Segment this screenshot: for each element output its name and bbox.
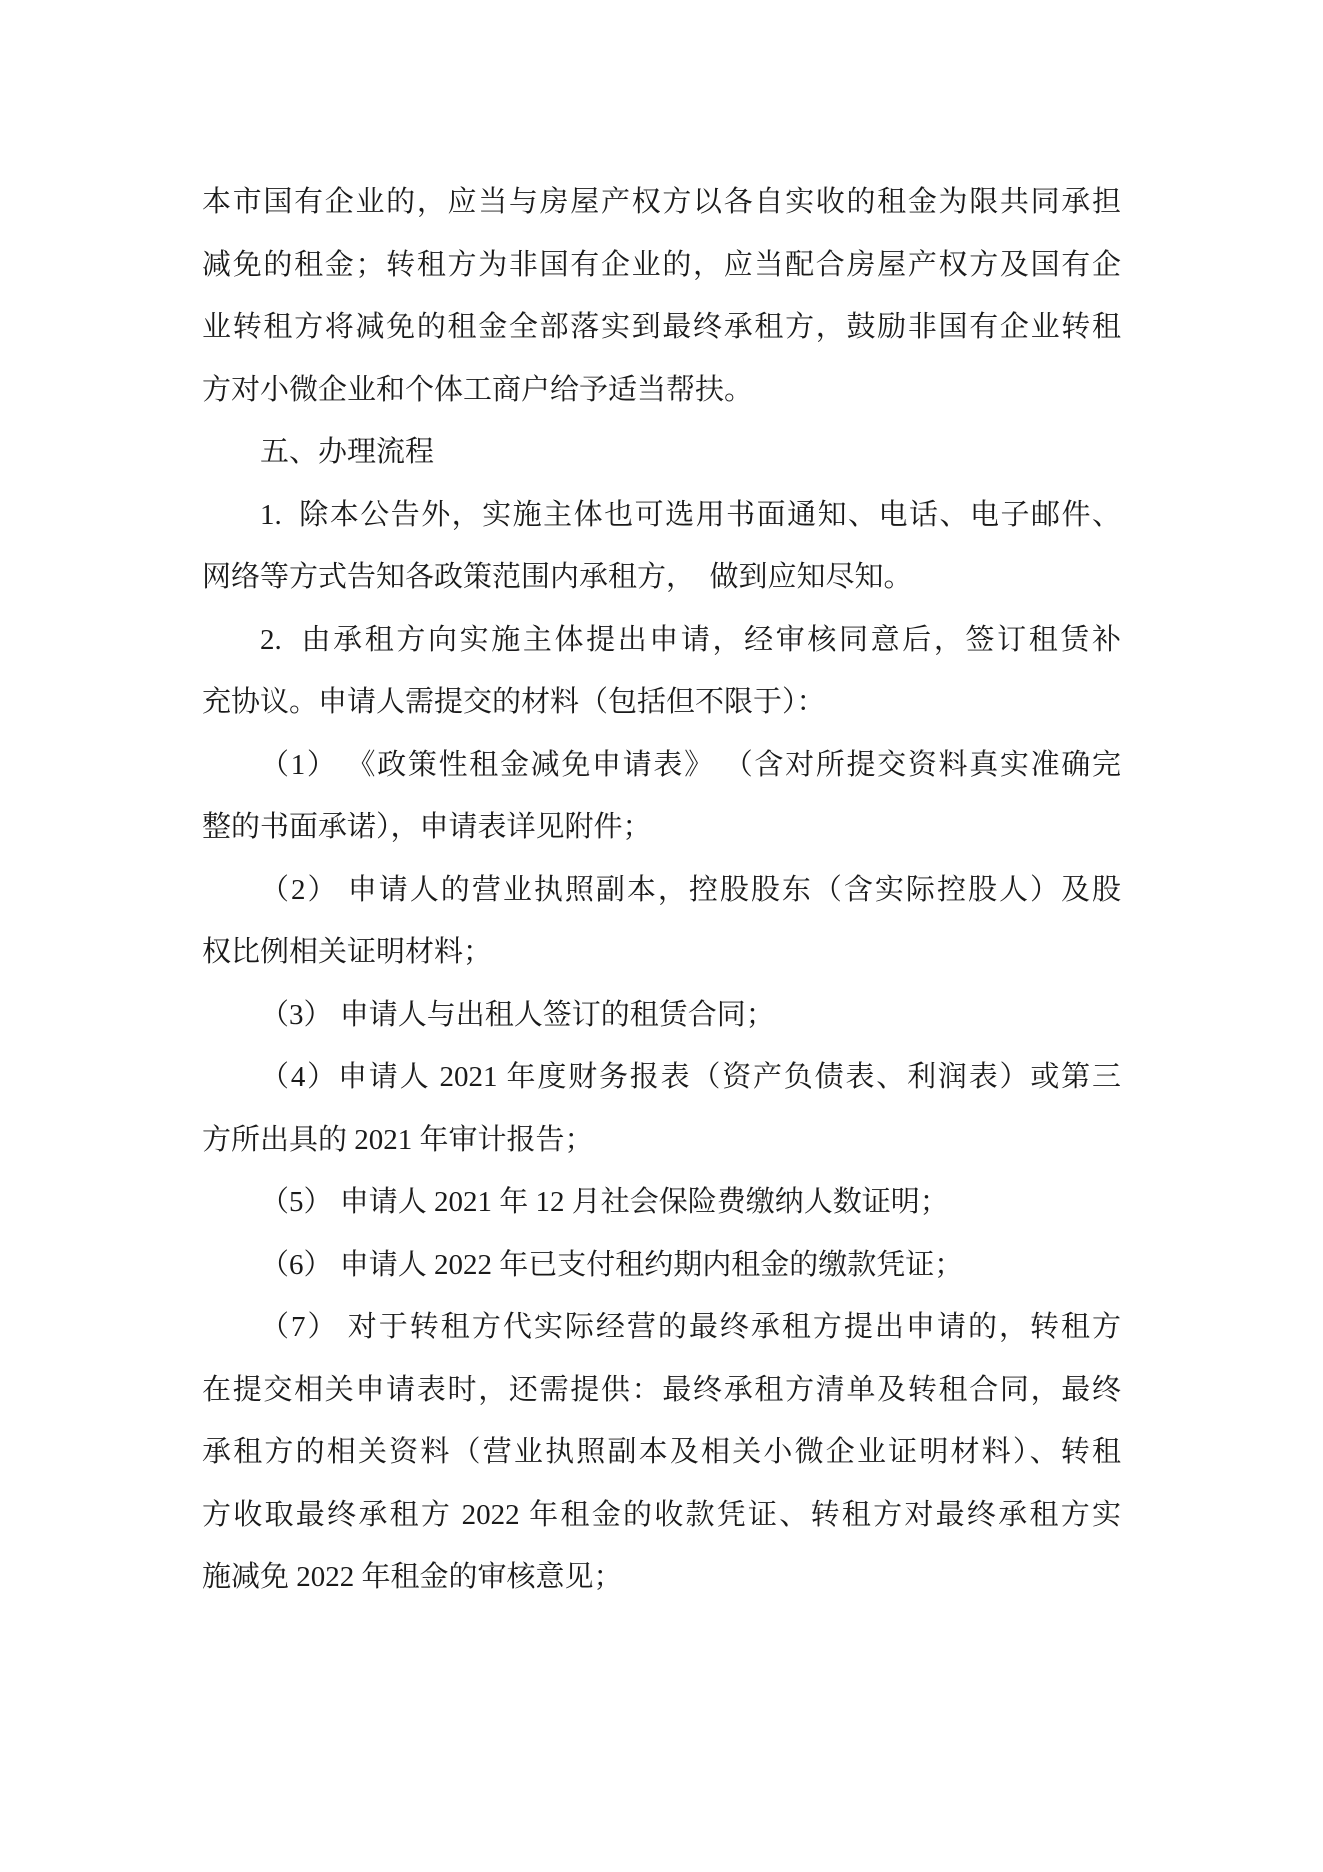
text-line: 减免的租金；转租方为非国有企业的，应当配合房屋产权方及国有企 bbox=[202, 234, 1121, 297]
para-subletter-obligation: 本市国有企业的，应当与房屋产权方以各自实收的租金为限共同承担减免的租金；转租方为… bbox=[202, 171, 1121, 421]
para-material-7-sublet-documents: （7） 对于转租方代实际经营的最终承租方提出申请的，转租方在提交相关申请表时，还… bbox=[202, 1296, 1121, 1609]
text-line: 网络等方式告知各政策范围内承租方， 做到应知尽知。 bbox=[202, 546, 1121, 609]
text-line: 五、办理流程 bbox=[202, 421, 1121, 484]
para-material-3-lease-contract: （3） 申请人与出租人签订的租赁合同； bbox=[202, 984, 1121, 1047]
text-line: （7） 对于转租方代实际经营的最终承租方提出申请的，转租方 bbox=[202, 1296, 1121, 1359]
text-line: （4）申请人 2021 年度财务报表（资产负债表、利润表）或第三 bbox=[202, 1046, 1121, 1109]
para-material-2-business-license: （2） 申请人的营业执照副本，控股股东（含实际控股人）及股权比例相关证明材料； bbox=[202, 859, 1121, 984]
document-page: 本市国有企业的，应当与房屋产权方以各自实收的租金为限共同承担减免的租金；转租方为… bbox=[0, 0, 1323, 1872]
text-line: 方收取最终承租方 2022 年租金的收款凭证、转租方对最终承租方实 bbox=[202, 1484, 1121, 1547]
text-line: 在提交相关申请表时，还需提供：最终承租方清单及转租合同，最终 bbox=[202, 1359, 1121, 1422]
text-line: 施减免 2022 年租金的审核意见； bbox=[202, 1546, 1121, 1609]
para-step-1-notification: 1. 除本公告外，实施主体也可选用书面通知、电话、电子邮件、网络等方式告知各政策… bbox=[202, 484, 1121, 609]
para-material-5-social-insurance: （5） 申请人 2021 年 12 月社会保险费缴纳人数证明； bbox=[202, 1171, 1121, 1234]
text-line: 权比例相关证明材料； bbox=[202, 921, 1121, 984]
para-material-4-financial-statements: （4）申请人 2021 年度财务报表（资产负债表、利润表）或第三方所出具的 20… bbox=[202, 1046, 1121, 1171]
text-line: 本市国有企业的，应当与房屋产权方以各自实收的租金为限共同承担 bbox=[202, 171, 1121, 234]
document-body: 本市国有企业的，应当与房屋产权方以各自实收的租金为限共同承担减免的租金；转租方为… bbox=[202, 171, 1121, 1609]
para-material-1-application-form: （1） 《政策性租金减免申请表》 （含对所提交资料真实准确完整的书面承诺），申请… bbox=[202, 734, 1121, 859]
text-line: （6） 申请人 2022 年已支付租约期内租金的缴款凭证； bbox=[202, 1234, 1121, 1297]
para-material-6-payment-voucher: （6） 申请人 2022 年已支付租约期内租金的缴款凭证； bbox=[202, 1234, 1121, 1297]
heading-section-5-process: 五、办理流程 bbox=[202, 421, 1121, 484]
text-line: 业转租方将减免的租金全部落实到最终承租方，鼓励非国有企业转租 bbox=[202, 296, 1121, 359]
text-line: 1. 除本公告外，实施主体也可选用书面通知、电话、电子邮件、 bbox=[202, 484, 1121, 547]
para-step-2-application: 2. 由承租方向实施主体提出申请，经审核同意后，签订租赁补充协议。申请人需提交的… bbox=[202, 609, 1121, 734]
text-line: （1） 《政策性租金减免申请表》 （含对所提交资料真实准确完 bbox=[202, 734, 1121, 797]
text-line: 整的书面承诺），申请表详见附件； bbox=[202, 796, 1121, 859]
text-line: 2. 由承租方向实施主体提出申请，经审核同意后，签订租赁补 bbox=[202, 609, 1121, 672]
text-line: 承租方的相关资料（营业执照副本及相关小微企业证明材料）、转租 bbox=[202, 1421, 1121, 1484]
text-line: （3） 申请人与出租人签订的租赁合同； bbox=[202, 984, 1121, 1047]
text-line: 方对小微企业和个体工商户给予适当帮扶。 bbox=[202, 359, 1121, 422]
text-line: （2） 申请人的营业执照副本，控股股东（含实际控股人）及股 bbox=[202, 859, 1121, 922]
text-line: （5） 申请人 2021 年 12 月社会保险费缴纳人数证明； bbox=[202, 1171, 1121, 1234]
text-line: 充协议。申请人需提交的材料（包括但不限于）： bbox=[202, 671, 1121, 734]
text-line: 方所出具的 2021 年审计报告； bbox=[202, 1109, 1121, 1172]
